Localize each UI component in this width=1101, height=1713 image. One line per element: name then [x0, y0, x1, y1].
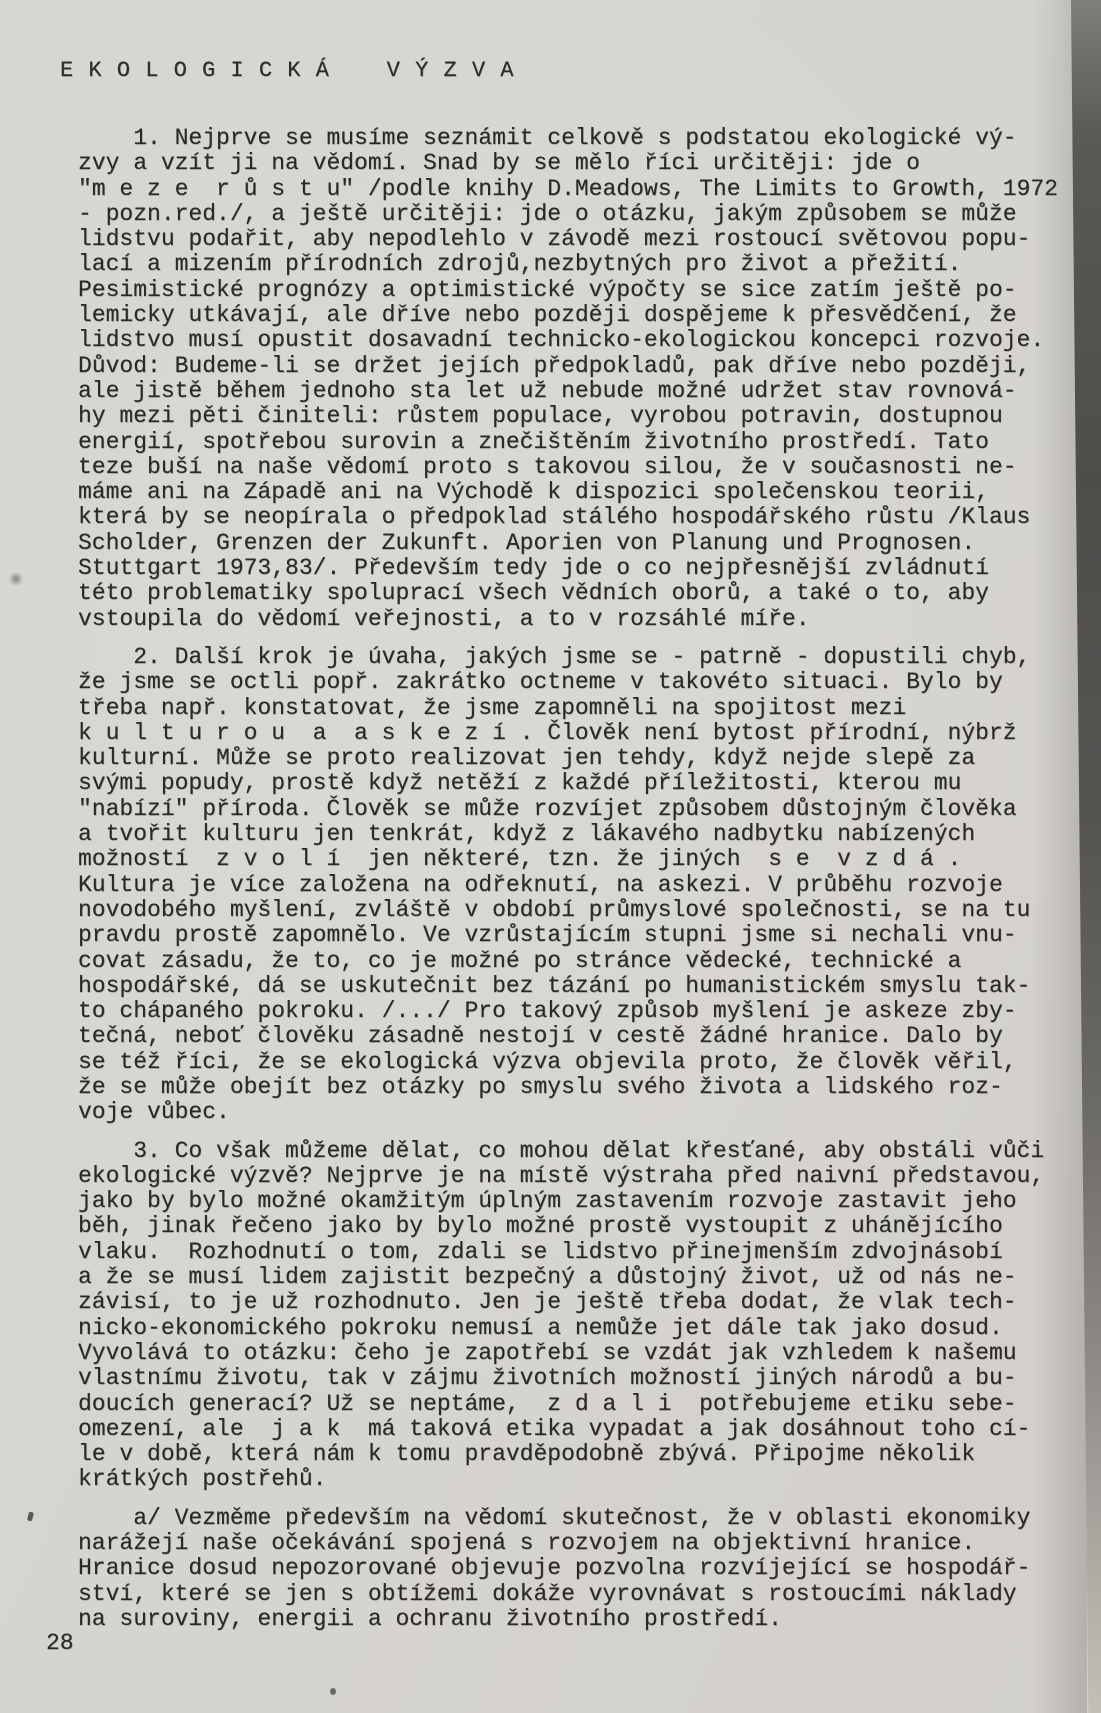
scan-speck [330, 1688, 336, 1695]
paragraph: 1. Nejprve se musíme seznámit celkově s … [78, 126, 1058, 632]
paragraph: 3. Co však můžeme dělat, co mohou dělat … [78, 1139, 1058, 1493]
scanned-page: E K O L O G I C K Á V Ý Z V A 1. Nejprve… [0, 0, 1101, 1713]
scan-speck [8, 572, 24, 586]
paragraph: 2. Další krok je úvaha, jakých jsme se -… [78, 645, 1058, 1126]
document-body: 1. Nejprve se musíme seznámit celkově s … [78, 126, 1058, 1645]
scan-speck [27, 1512, 34, 1522]
paragraph: a/ Vezměme především na vědomí skutečnos… [78, 1506, 1058, 1632]
page-number: 28 [46, 1630, 74, 1656]
page-title: E K O L O G I C K Á V Ý Z V A [60, 58, 514, 83]
